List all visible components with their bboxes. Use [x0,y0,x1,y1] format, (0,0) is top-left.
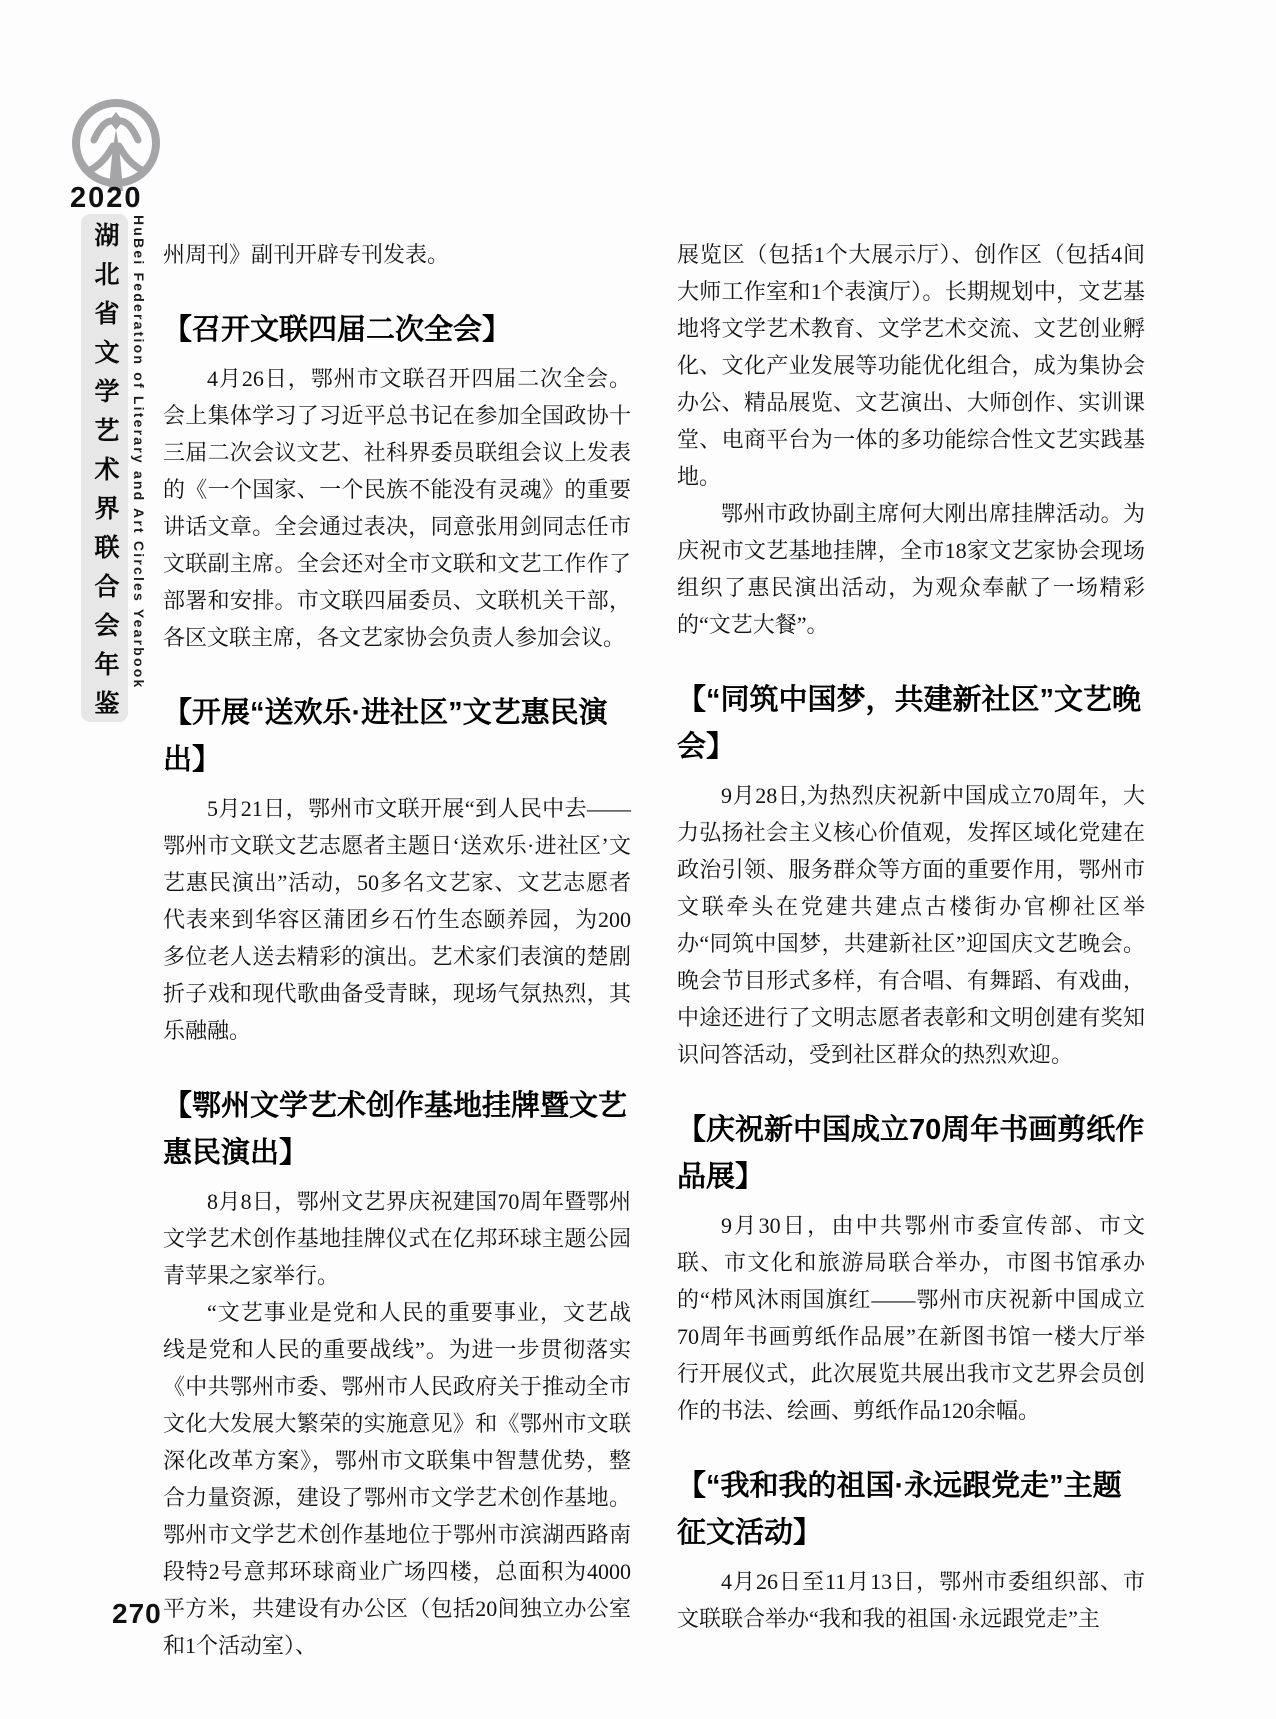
right-text-column: 展览区（包括1个大展示厅）、创作区（包括4间大师工作室和1个表演厅）。长期规划中… [677,236,1145,1637]
page-number: 270 [112,1598,162,1630]
section-heading: 【开展“送欢乐·进社区”文艺惠民演出】 [163,690,631,784]
paragraph: 9月30日，由中共鄂州市委宣传部、市文联、市文化和旅游局联合举办，市图书馆承办的… [677,1207,1145,1429]
paragraph: 展览区（包括1个大展示厅）、创作区（包括4间大师工作室和1个表演厅）。长期规划中… [677,236,1145,495]
year-label: 2020 [70,182,143,215]
paragraph: 5月21日，鄂州市文联开展“到人民中去——鄂州市文联文艺志愿者主题日‘送欢乐·进… [163,790,631,1049]
section-heading: 【召开文联四届二次全会】 [163,307,631,354]
section-heading: 【鄂州文学艺术创作基地挂牌暨文艺惠民演出】 [163,1083,631,1177]
yearbook-page: 2020 湖北省文学艺术界联合会年鉴 HuBei Federation of L… [0,0,1276,1719]
paragraph: 州周刊》副刊开辟专刊发表。 [163,236,631,273]
paragraph: 9月28日,为热烈庆祝新中国成立70周年，大力弘扬社会主义核心价值观，发挥区域化… [677,777,1145,1073]
section-heading: 【庆祝新中国成立70周年书画剪纸作品展】 [677,1107,1145,1201]
section-heading: 【“我和我的祖国·永远跟党走”主题征文活动】 [677,1463,1145,1557]
section-heading: 【“同筑中国梦，共建新社区”文艺晚会】 [677,677,1145,771]
left-text-column: 州周刊》副刊开辟专刊发表。【召开文联四届二次全会】4月26日，鄂州市文联召开四届… [163,236,631,1664]
sidebar-title-cn: 湖北省文学艺术界联合会年鉴 [81,214,128,730]
sidebar-title-en: HuBei Federation of Literary and Art Cir… [129,215,149,755]
sidebar-title-strip: 湖北省文学艺术界联合会年鉴 [81,214,128,722]
paragraph: 4月26日至11月13日，鄂州市委组织部、市文联联合举办“我和我的祖国·永远跟党… [677,1563,1145,1637]
paragraph: 4月26日，鄂州市文联召开四届二次全会。会上集体学习了习近平总书记在参加全国政协… [163,360,631,656]
paragraph: “文艺事业是党和人民的重要事业，文艺战线是党和人民的重要战线”。为进一步贯彻落实… [163,1294,631,1664]
paragraph: 8月8日，鄂州文艺界庆祝建国70周年暨鄂州文学艺术创作基地挂牌仪式在亿邦环球主题… [163,1183,631,1294]
paragraph: 鄂州市政协副主席何大刚出席挂牌活动。为庆祝市文艺基地挂牌，全市18家文艺家协会现… [677,495,1145,643]
